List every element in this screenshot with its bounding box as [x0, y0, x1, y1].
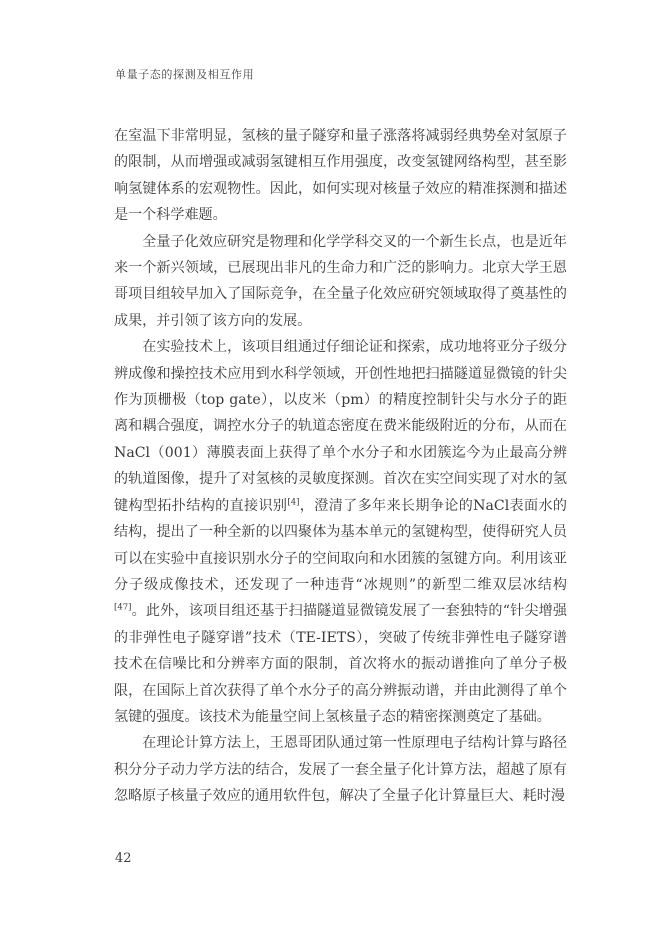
paragraph-text: 全量子化效应研究是物理和化学学科交叉的一个新生长点，也是近年来一个新兴领域，已展…: [114, 234, 567, 329]
paragraph-text: 在理论计算方法上，王恩哥团队通过第一性原理电子结构计算与路径积分分子动力学方法的…: [114, 735, 567, 804]
paragraph: 在实验技术上，该项目组通过仔细论证和探索，成功地将亚分子级分辨成像和操控技术应用…: [114, 334, 567, 730]
paragraph: 在理论计算方法上，王恩哥团队通过第一性原理电子结构计算与路径积分分子动力学方法的…: [114, 730, 567, 809]
paragraph-text: 在室温下非常明显，氢核的量子隧穿和量子涨落将减弱经典势垒对氢原子的限制，从而增强…: [114, 128, 567, 223]
running-header: 单量子态的探测及相互作用: [115, 66, 254, 82]
document-page: 单量子态的探测及相互作用 在室温下非常明显，氢核的量子隧穿和量子涨落将减弱经典势…: [0, 0, 666, 930]
page-number: 42: [115, 851, 132, 866]
paragraph: 在室温下非常明显，氢核的量子隧穿和量子涨落将减弱经典势垒对氢原子的限制，从而增强…: [114, 123, 567, 229]
paragraph-text: 。此外，该项目组还基于扫描隧道显微镜发展了一套独特的“针尖增强的非弹性电子隧穿谱…: [114, 603, 567, 725]
paragraph: 全量子化效应研究是物理和化学学科交叉的一个新生长点，也是近年来一个新兴领域，已展…: [114, 229, 567, 335]
citation-superscript: [4]: [287, 497, 299, 507]
citation-superscript: [47]: [114, 603, 131, 613]
paragraph-text: 在实验技术上，该项目组通过仔细论证和探索，成功地将亚分子级分辨成像和操控技术应用…: [114, 339, 567, 513]
text-body: 在室温下非常明显，氢核的量子隧穿和量子涨落将减弱经典势垒对氢原子的限制，从而增强…: [114, 123, 567, 810]
